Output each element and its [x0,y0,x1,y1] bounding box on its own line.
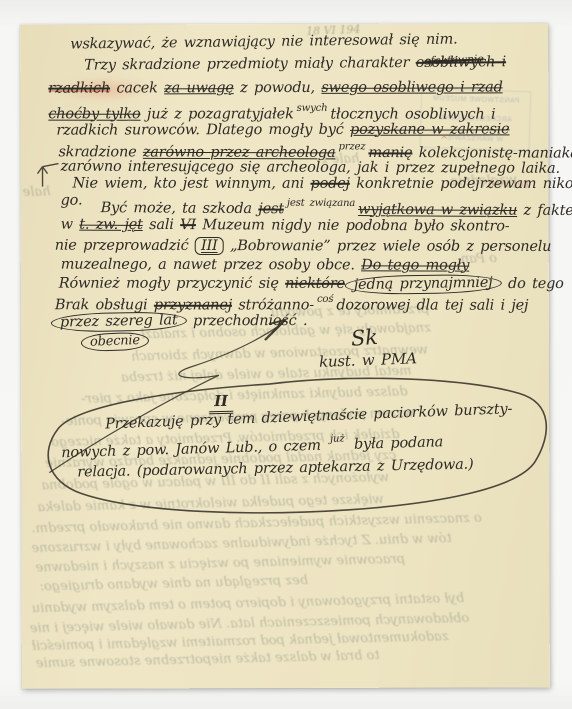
text-segment: Do tego mogły [361,257,469,273]
text-segment: obecnie [81,332,150,353]
text-segment: osobliwych i [416,54,506,71]
text-segment: Trzy skradzione przedmioty miały charakt… [84,55,416,74]
text-segment: do tego [502,276,564,292]
manuscript-line: relacja. (podarowanych przez aptekarza z… [77,457,473,481]
text-segment: wskazywać, że wznawiający nie interesowa… [70,31,458,52]
text-segment: Przekazuję przy tem dziewiętnaście pacio… [105,401,513,432]
text-segment: w [61,217,80,233]
manuscript-line: wskazywać, że wznawiający nie interesowa… [70,31,458,52]
text-segment: rzadkich [48,80,110,96]
text-segment: zarówno interesującego się archeologa, j… [60,159,559,177]
text-segment: t. zw. jęt [79,217,143,233]
text-segment: wyjątkowa w związku [358,202,517,219]
text-segment: kolekcjonistę-maniaka, [412,145,572,161]
manuscript-line: Trzy skradzione przedmioty miały charakt… [84,54,506,73]
text-segment: Sk [350,325,378,351]
text-segment: jest [258,201,284,217]
text-segment: dozorowej dla tej sali i jej [336,297,528,313]
text-segment: z faktem, że [517,203,572,220]
manuscript-line: Również mogły przyczynić się niektórejed… [59,275,564,294]
text-segment: III [195,237,224,255]
manuscript-line: nowych z pow. Janów Lub., o czem już był… [61,431,443,462]
text-segment: tłocznych osobliwych i [330,106,495,122]
text-segment: kust. w PMA [319,349,417,371]
manuscript-line: II [209,392,233,410]
text-segment: nie przeprowadzić [55,238,195,254]
text-segment: Być może, ta szkoda [101,200,259,217]
text-segment: podej [310,176,349,192]
manuscript-line: rzadkich cacek za uwagę z powodu, swego … [48,79,502,96]
text-segment: jest związana [287,198,355,209]
text-segment: Nie wiem, kto jest winnym, ani [73,176,311,192]
manuscript-line: Przekazuję przy tem dziewiętnaście pacio… [105,401,513,432]
text-segment: swych [297,103,328,114]
text-segment: nowych z pow. Janów Lub., o czem [61,438,327,462]
text-segment: Również mogły przyczynić się [59,276,285,292]
text-segment: niektóre [285,276,345,292]
manuscript-line: Być może, ta szkoda jestjest związanawyj… [101,196,572,219]
manuscript-line: Nie wiem, kto jest winnym, ani podej kon… [73,176,572,192]
manuscript-line: choćby tylko już z pozagratyjałekswychtł… [48,103,495,123]
manuscript-line: zarówno interesującego się archeologa, j… [60,159,559,177]
manuscript-line: nie przeprowadzić III „Bobrowanie” przez… [55,237,552,256]
manuscript-line: Sk [350,325,378,351]
text-segment: swego osobliwego i rzad [321,79,502,95]
text-segment: była podana [347,434,443,453]
manuscript-line: muzealnego, a nawet przez osoby obce. Do… [61,257,470,274]
scanner-background: hale zwzględnieo Panhaleprzedmioty te z … [0,0,572,709]
text-segment: go. [61,193,83,209]
text-segment: przez szereg lat [51,311,187,333]
manuscript-line: w t. zw. jęt sali VI Muzeum nigdy nie po… [61,217,510,235]
text-segment: konkretnie podejrzewam niko- [350,176,572,192]
text-segment: Brak obsługi [55,297,154,313]
text-segment: już z pozagratyjałek [141,106,294,122]
manuscript-line: kust. w PMA [319,349,417,371]
text-segment: przechodniość . [187,313,308,329]
text-segment: z powodu, [234,80,322,96]
text-segment: „Bobrowanie” przez wiele osób z personel… [224,238,552,255]
text-segment: choćby tylko [48,106,140,122]
text-segment: rzadkich surowców. Dlatego mogły być [56,122,350,139]
text-segment: muzealnego, a nawet przez osoby obce. [61,257,361,274]
text-segment: relacja. (podarowanych przez aptekarza z… [77,457,473,481]
text-segment: coś [317,294,333,305]
text-segment: manię [368,145,412,161]
text-segment: sali [143,217,180,233]
manuscript-line: go. [61,193,83,209]
text-segment: za uwagę [164,80,234,96]
text-segment: pozyskane w zakresie [350,121,510,137]
text-segment: Muzeum nigdy nie podobna było skontro- [196,217,510,234]
manuscript-line: rzadkich surowców. Dlatego mogły być poz… [56,121,509,138]
text-segment: VI [180,217,196,233]
text-segment: przez [338,141,365,152]
text-segment: już [330,433,345,444]
letter-page: hale zwzględnieo Panhaleprzedmioty te z … [20,23,550,688]
text-segment: jedną przynajmniej [345,274,502,296]
manuscript-line: przez szereg lat przechodniość . [51,312,308,332]
text-segment: przyznanej [154,297,232,313]
manuscript-line: Brak obsługi przyznanej stróżanno-cośdoz… [55,294,529,314]
ink-layer: wskazywać, że wznawiający nie interesowa… [20,23,550,688]
manuscript-line: obecnie [81,332,149,351]
text-segment: cacek [110,80,164,96]
